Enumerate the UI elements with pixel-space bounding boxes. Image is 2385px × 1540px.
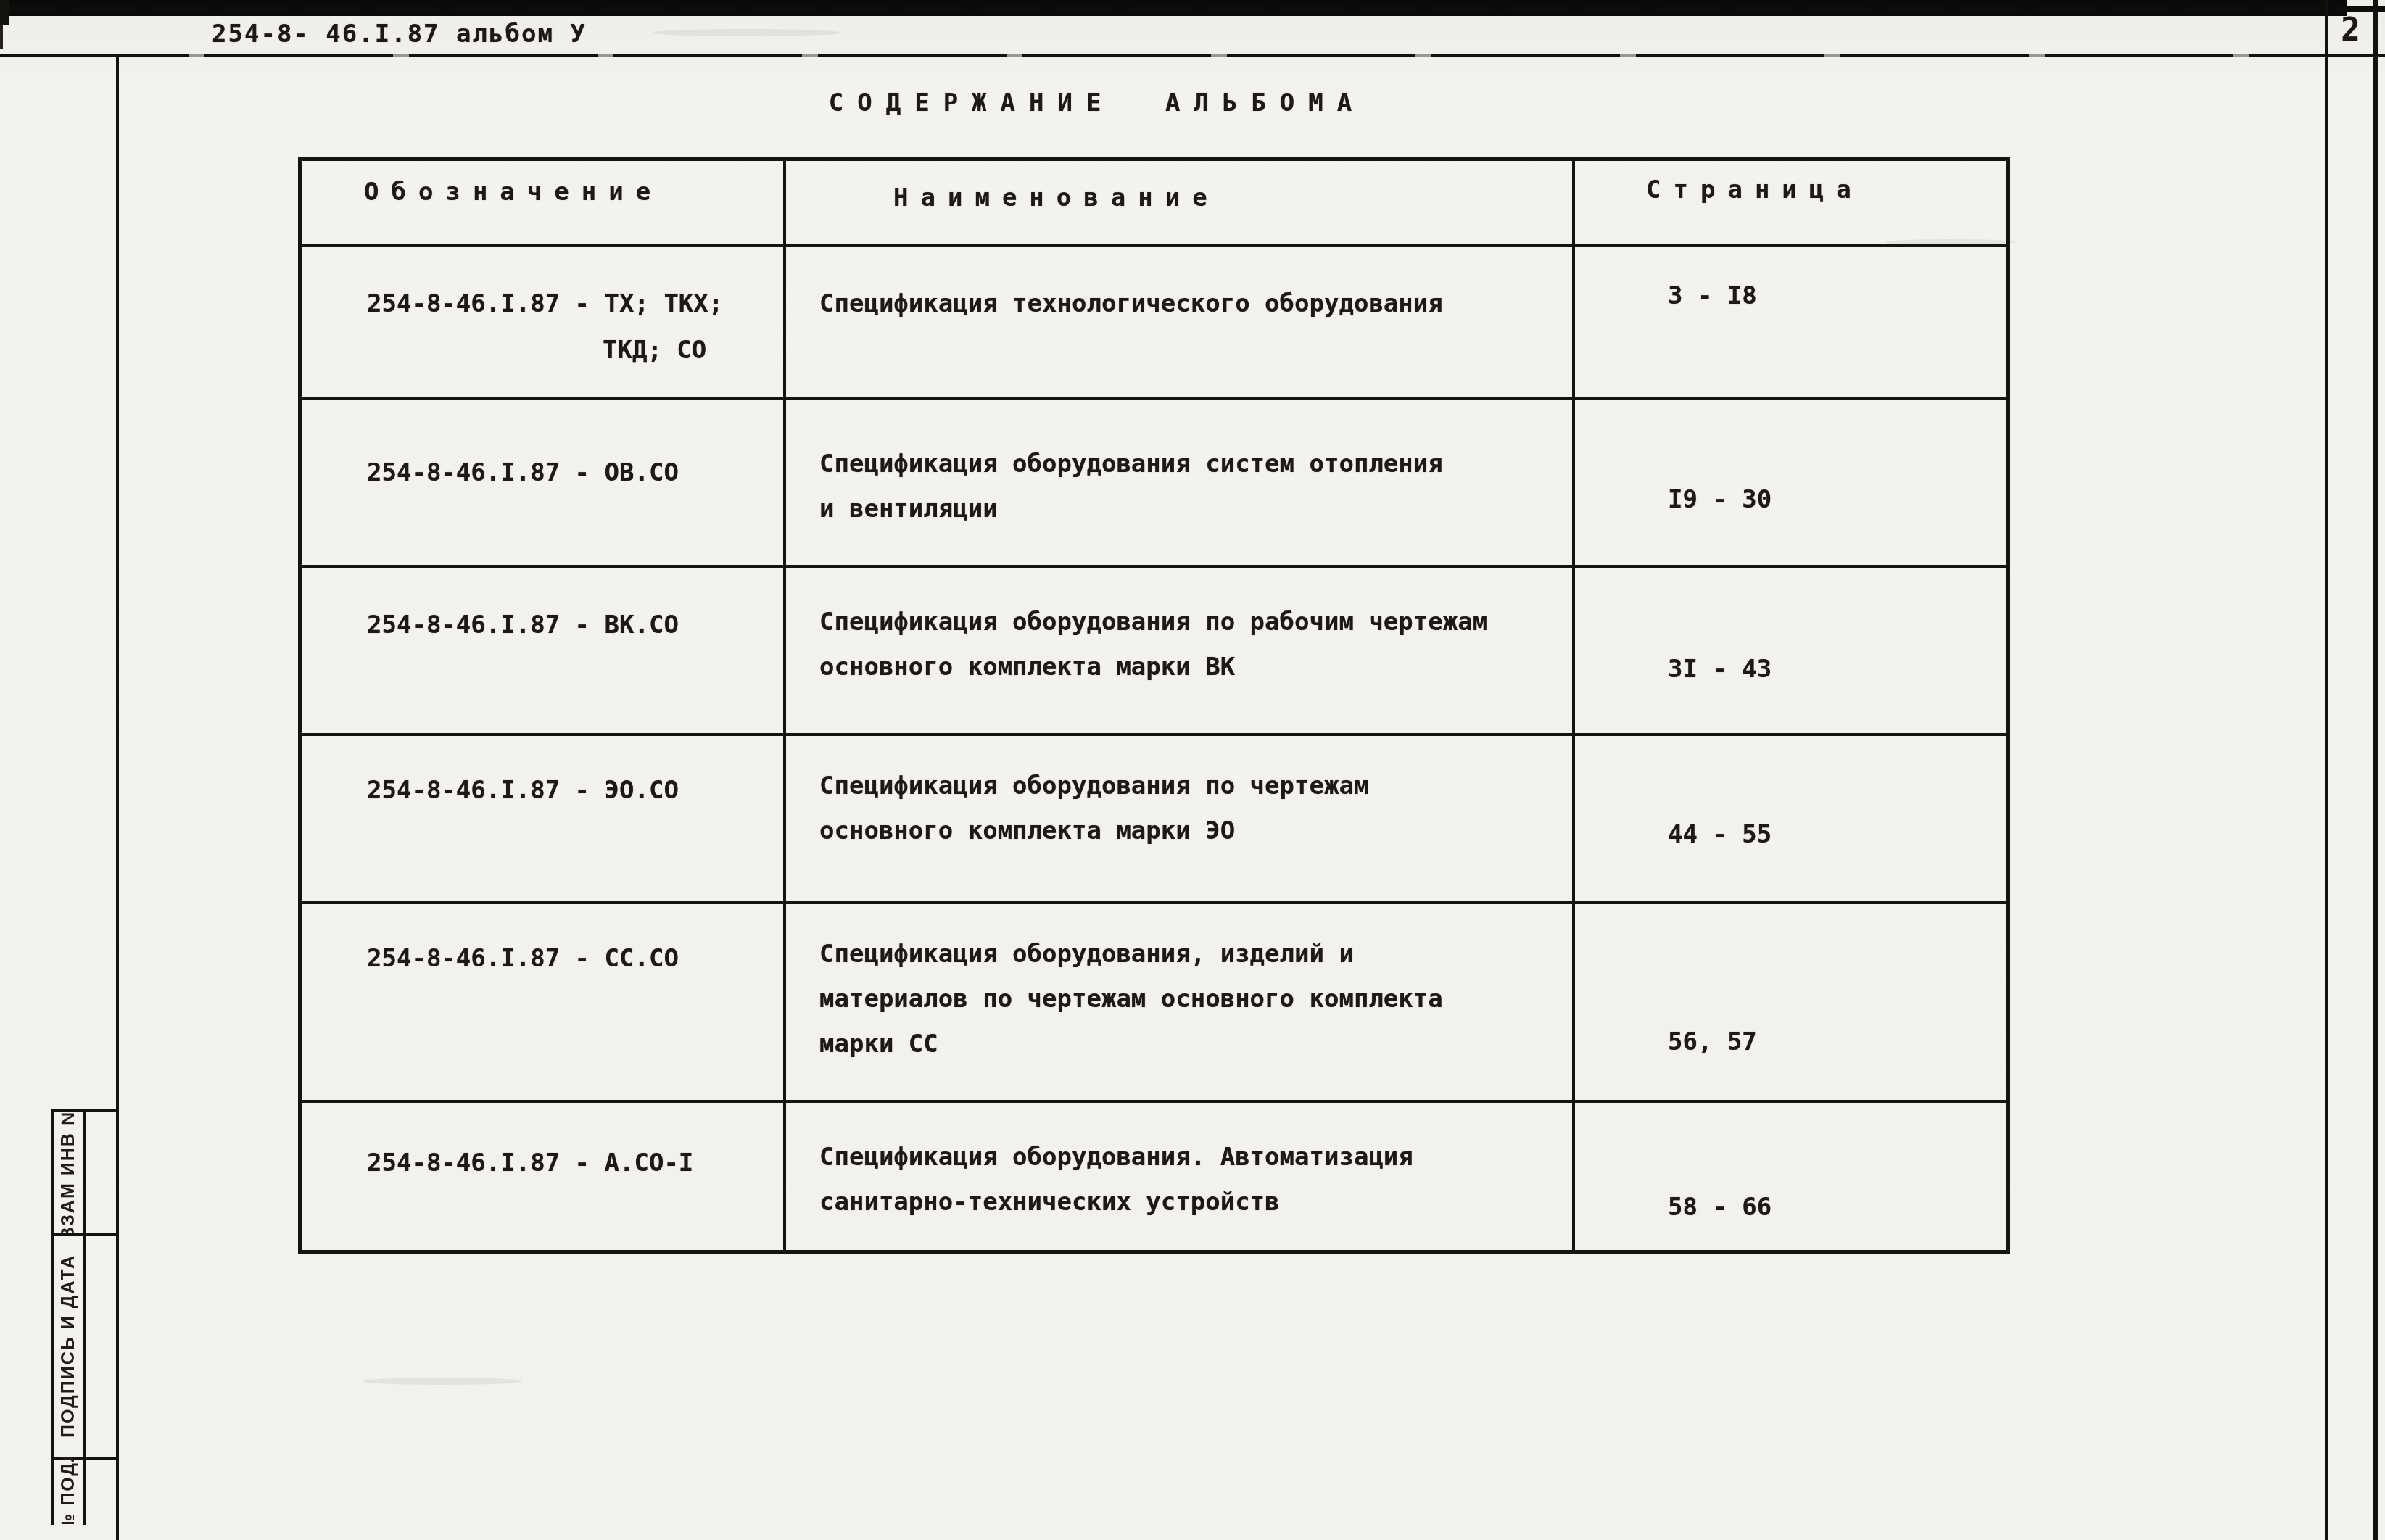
- top-frame-line: [0, 6, 2385, 12]
- table-row: 254-8-46.I.87 - ТХ; ТКХ; ТКД; СО Специфи…: [302, 247, 2006, 400]
- designation-line1: 254-8-46.I.87 - ТХ; ТКХ;: [367, 287, 783, 320]
- header-page: Страница: [1575, 161, 2006, 244]
- scan-smudge: [653, 29, 841, 36]
- contents-table: Обозначение Наименование Страница 254-8-…: [298, 157, 2010, 1254]
- designation-cell: 254-8-46.I.87 - ОВ.СО: [302, 400, 786, 565]
- designation-cell: 254-8-46.I.87 - ВК.СО: [302, 568, 786, 733]
- designation-line2: ТКД; СО: [603, 334, 783, 367]
- table-row: 254-8-46.I.87 - ВК.СО Спецификация обору…: [302, 568, 2006, 736]
- stamp-label-podpis-data: ПОДПИСЬ И ДАТА: [52, 1235, 85, 1457]
- document-code: 254-8- 46.I.87 альбом У: [212, 17, 587, 51]
- pages-cell: 3 - I8: [1575, 247, 2006, 397]
- table-row: 254-8-46.I.87 - ОВ.СО Спецификация обору…: [302, 400, 2006, 568]
- left-frame-line: [116, 54, 119, 1540]
- pages-cell: 3I - 43: [1575, 568, 2006, 733]
- stamp-label-inv-podl: № ПОДЛ: [52, 1457, 85, 1524]
- scanned-document-page: 254-8- 46.I.87 альбом У 2 СОДЕРЖАНИЕ АЛЬ…: [0, 0, 2385, 1540]
- designation-cell: 254-8-46.I.87 - ТХ; ТКХ; ТКД; СО: [302, 247, 786, 397]
- table-row: 254-8-46.I.87 - А.СО-I Спецификация обор…: [302, 1103, 2006, 1250]
- table-row: 254-8-46.I.87 - СС.СО Спецификация обору…: [302, 904, 2006, 1103]
- right-inner-frame-line: [2325, 0, 2328, 1540]
- designation-cell: 254-8-46.I.87 - А.СО-I: [302, 1103, 786, 1250]
- page-title: СОДЕРЖАНИЕ АЛЬБОМА: [829, 88, 1365, 117]
- name-cell: Спецификация оборудования. Автоматизация…: [786, 1103, 1575, 1250]
- right-outer-frame-line: [2373, 0, 2378, 1540]
- pages-cell: 44 - 55: [1575, 736, 2006, 901]
- header-divider-line: [0, 54, 2385, 57]
- designation-cell: 254-8-46.I.87 - СС.СО: [302, 904, 786, 1100]
- scan-corner-artifact: [0, 0, 9, 25]
- designation-cell: 254-8-46.I.87 - ЭО.СО: [302, 736, 786, 901]
- header-designation: Обозначение: [302, 161, 786, 244]
- name-cell: Спецификация технологического оборудован…: [786, 247, 1575, 397]
- name-cell: Спецификация оборудования по чертежам ос…: [786, 736, 1575, 901]
- name-cell: Спецификация оборудования по рабочим чер…: [786, 568, 1575, 733]
- pages-cell: 56, 57: [1575, 904, 2006, 1100]
- page-number: 2: [2341, 12, 2360, 49]
- page-number-box: 2: [2328, 6, 2373, 54]
- table-row: 254-8-46.I.87 - ЭО.СО Спецификация обору…: [302, 736, 2006, 904]
- pages-cell: I9 - 30: [1575, 400, 2006, 565]
- stamp-label-vzam-inv: ВЗАМ ИНВ №: [52, 1111, 85, 1233]
- name-cell: Спецификация оборудования систем отоплен…: [786, 400, 1575, 565]
- scan-smudge: [363, 1378, 522, 1385]
- pages-cell: 58 - 66: [1575, 1103, 2006, 1250]
- header-name: Наименование: [786, 161, 1575, 244]
- table-header-row: Обозначение Наименование Страница: [302, 161, 2006, 247]
- name-cell: Спецификация оборудования, изделий и мат…: [786, 904, 1575, 1100]
